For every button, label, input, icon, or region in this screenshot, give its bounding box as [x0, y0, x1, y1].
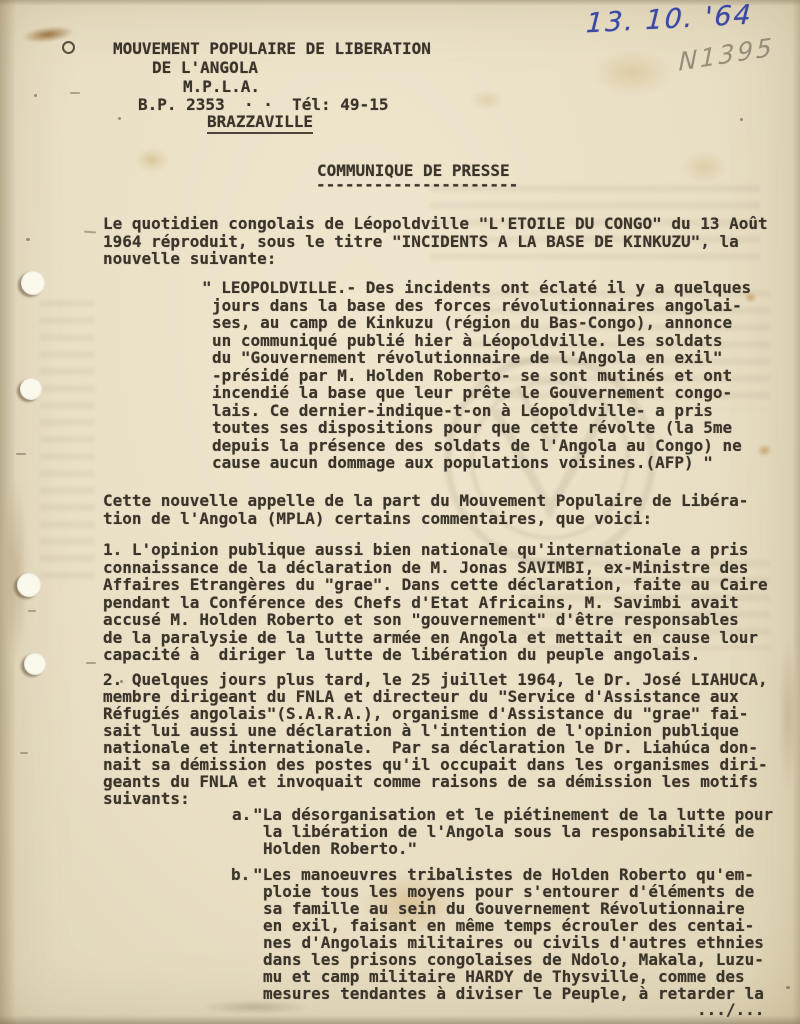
punch-hole [20, 378, 42, 400]
continuation-mark: .../... [697, 1001, 764, 1019]
paper-stain [778, 640, 798, 790]
letterhead-address-phone: B.P. 2353 · · Tél: 49-15 [138, 96, 388, 114]
pencil-mark [16, 453, 26, 455]
paper-stain [682, 152, 726, 182]
document-page: 13. 10. '64 N1395 MOUVEMENT POPULAIRE DE… [0, 0, 800, 1024]
pencil-mark [28, 610, 36, 612]
paper-stain [4, 480, 28, 660]
punch-hole [24, 653, 46, 675]
paper-stain [757, 444, 772, 457]
handwritten-date: 13. 10. '64 [585, 2, 753, 38]
pencil-mark [20, 752, 28, 754]
letterhead-org-name-2: DE L'ANGOLA [152, 59, 258, 77]
paper-speck [26, 238, 30, 241]
paper-stain [62, 41, 75, 54]
paper-speck [740, 118, 743, 121]
paper-speck [786, 986, 790, 989]
press-quote-block: " LEOPOLDVILLE.- Des incidents ont éclat… [212, 279, 751, 472]
pencil-mark [84, 231, 96, 234]
point-2-paragraph: 2. Quelques jours plus tard, le 25 juill… [103, 671, 768, 807]
item-a-text: "La désorganisation et le piétinement de… [263, 806, 773, 857]
item-b-label: b. [231, 866, 250, 883]
item-a-label: a. [232, 806, 251, 823]
title-underline: --------------------- [316, 176, 518, 194]
point-1-paragraph: 1. L'opinion publique aussi bien nationa… [103, 541, 768, 664]
handwritten-reference-number: N1395 [678, 34, 775, 75]
intro-paragraph: Le quotidien congolais de Léopoldville "… [103, 215, 768, 268]
punch-hole [17, 573, 41, 597]
paper-speck [34, 94, 37, 97]
letterhead-org-name: MOUVEMENT POPULAIRE DE LIBERATION [113, 40, 431, 58]
item-b-text: "Les manoeuvres tribalistes de Holden Ro… [263, 866, 764, 1002]
punch-hole [21, 271, 45, 295]
pencil-mark [86, 662, 96, 664]
letterhead-acronym: M.P.L.A. [183, 78, 260, 96]
paper-stain [135, 148, 169, 172]
page-edge-shading [0, 1015, 800, 1024]
paper-stain [470, 90, 504, 110]
paper-stain [592, 50, 672, 96]
page-edge-shading [792, 0, 800, 1024]
letterhead-city: BRAZZAVILLE [207, 113, 313, 134]
bleedthrough-text [40, 300, 95, 580]
comment-paragraph: Cette nouvelle appelle de la part du Mou… [103, 492, 748, 527]
paper-speck [118, 117, 121, 120]
pencil-mark [70, 92, 80, 94]
